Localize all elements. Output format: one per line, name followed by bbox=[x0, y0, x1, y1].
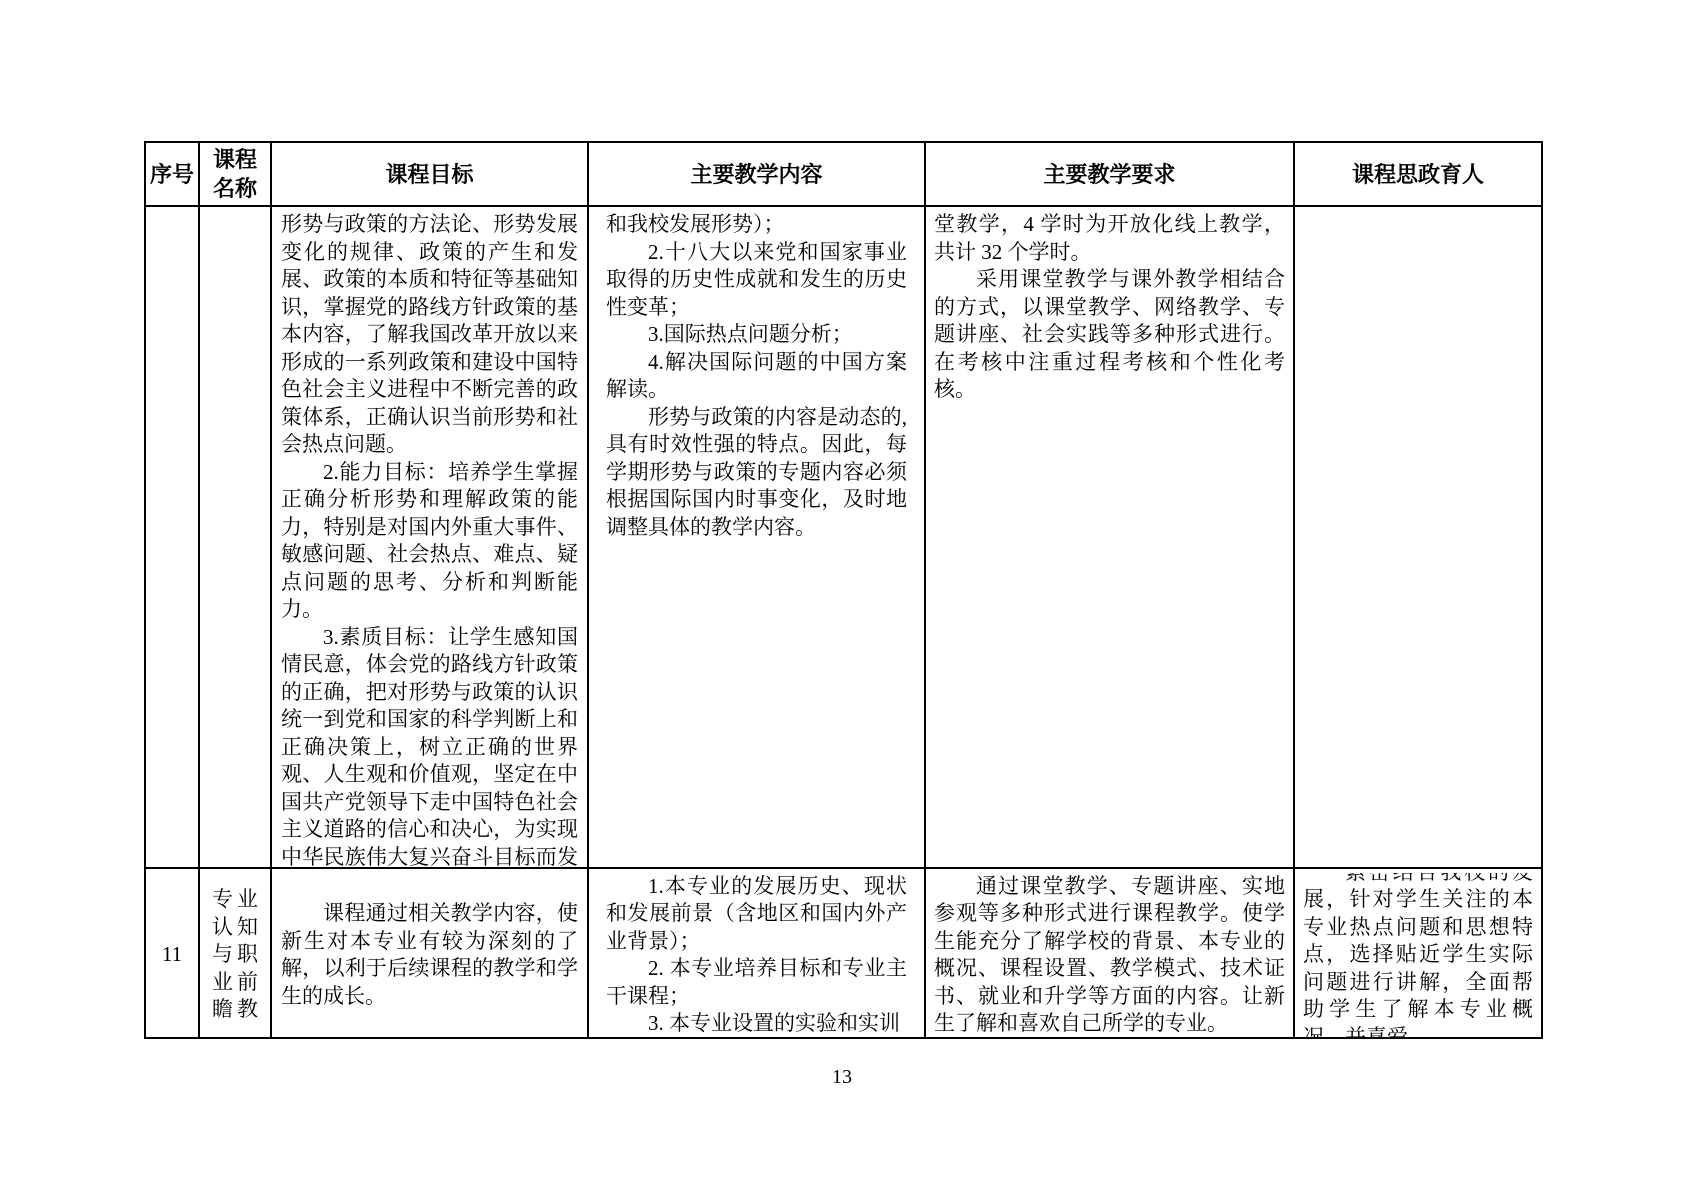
paragraph: 紧密结合我校的发展，针对学生关注的本专业热点问题和思想特点，选择贴近学生实际问题… bbox=[1303, 873, 1533, 1037]
paragraph: 3.素质目标：让学生感知国情民意，体会党的路线方针政策的正确，把对形势与政策的认… bbox=[281, 624, 578, 868]
paragraph: 2.能力目标：培养学生掌握正确分析形势和理解政策的能力，特别是对国内外重大事件、… bbox=[281, 459, 578, 624]
paragraph: 和我校发展形势）； bbox=[606, 211, 907, 239]
course-name-text: 专业认知与职业前瞻教 bbox=[212, 886, 258, 1024]
cell-content: 1.本专业的发展历史、现状和发展前景（含地区和国内外产业背景）；2. 本专业培养… bbox=[588, 868, 925, 1038]
paragraph: 形势与政策的内容是动态的,具有时效性强的特点。因此，每学期形势与政策的专题内容必… bbox=[606, 404, 907, 542]
header-row: 序号课程名称课程目标主要教学内容主要教学要求课程思政育人 bbox=[145, 142, 1542, 206]
paragraph: 3.国际热点问题分析； bbox=[606, 321, 907, 349]
column-header-goals: 课程目标 bbox=[271, 142, 588, 206]
cell-content-box bbox=[212, 211, 258, 867]
cell-ideology bbox=[1294, 206, 1542, 868]
course-table: 序号课程名称课程目标主要教学内容主要教学要求课程思政育人 形势与政策的方法论、形… bbox=[144, 141, 1543, 1039]
cell-name bbox=[199, 206, 271, 868]
cell-ideology: 紧密结合我校的发展，针对学生关注的本专业热点问题和思想特点，选择贴近学生实际问题… bbox=[1294, 868, 1542, 1038]
cell-content-box: 紧密结合我校的发展，针对学生关注的本专业热点问题和思想特点，选择贴近学生实际问题… bbox=[1303, 873, 1533, 1037]
table-row: 形势与政策的方法论、形势发展变化的规律、政策的产生和发展、政策的本质和特征等基础… bbox=[145, 206, 1542, 868]
cell-seq: 11 bbox=[145, 868, 199, 1038]
cell-seq bbox=[145, 206, 199, 868]
sequence-number-text: 11 bbox=[148, 941, 196, 969]
cell-requirements: 堂教学，4 学时为开放化线上教学，共计 32 个学时。采用课堂教学与课外教学相结… bbox=[925, 206, 1294, 868]
column-header-content: 主要教学内容 bbox=[588, 142, 925, 206]
paragraph: 通过课堂教学、专题讲座、实地参观等多种形式进行课程教学。使学生能充分了解学校的背… bbox=[934, 873, 1285, 1037]
cell-content-box: 1.本专业的发展历史、现状和发展前景（含地区和国内外产业背景）；2. 本专业培养… bbox=[606, 873, 907, 1037]
paragraph: 课程通过相关教学内容，使新生对本专业有较为深刻的了解，以利于后续课程的教学和学生… bbox=[281, 900, 578, 1010]
cell-content-box: 专业认知与职业前瞻教 bbox=[212, 873, 258, 1037]
cell-content-box bbox=[148, 211, 196, 867]
cell-content-box: 11 bbox=[148, 873, 196, 1037]
cell-content-box: 形势与政策的方法论、形势发展变化的规律、政策的产生和发展、政策的本质和特征等基础… bbox=[281, 211, 578, 867]
column-header-seq: 序号 bbox=[145, 142, 199, 206]
table-body: 形势与政策的方法论、形势发展变化的规律、政策的产生和发展、政策的本质和特征等基础… bbox=[145, 206, 1542, 1038]
page-number: 13 bbox=[0, 1066, 1684, 1089]
cell-requirements: 通过课堂教学、专题讲座、实地参观等多种形式进行课程教学。使学生能充分了解学校的背… bbox=[925, 868, 1294, 1038]
paragraph: 采用课堂教学与课外教学相结合的方式，以课堂教学、网络教学、专题讲座、社会实践等多… bbox=[934, 266, 1285, 404]
paragraph: 形势与政策的方法论、形势发展变化的规律、政策的产生和发展、政策的本质和特征等基础… bbox=[281, 211, 578, 459]
cell-content: 和我校发展形势）；2.十八大以来党和国家事业取得的历史性成就和发生的历史性变革；… bbox=[588, 206, 925, 868]
document-page: 序号课程名称课程目标主要教学内容主要教学要求课程思政育人 形势与政策的方法论、形… bbox=[0, 0, 1684, 1191]
column-header-requirements: 主要教学要求 bbox=[925, 142, 1294, 206]
cell-content-box: 堂教学，4 学时为开放化线上教学，共计 32 个学时。采用课堂教学与课外教学相结… bbox=[934, 211, 1285, 867]
cell-name: 专业认知与职业前瞻教 bbox=[199, 868, 271, 1038]
paragraph: 4.解决国际问题的中国方案解读。 bbox=[606, 349, 907, 404]
cell-content-box: 和我校发展形势）；2.十八大以来党和国家事业取得的历史性成就和发生的历史性变革；… bbox=[606, 211, 907, 867]
paragraph: 堂教学，4 学时为开放化线上教学，共计 32 个学时。 bbox=[934, 211, 1285, 266]
paragraph: 1.本专业的发展历史、现状和发展前景（含地区和国内外产业背景）； bbox=[606, 873, 907, 955]
table-row: 11专业认知与职业前瞻教课程通过相关教学内容，使新生对本专业有较为深刻的了解，以… bbox=[145, 868, 1542, 1038]
cell-goals: 形势与政策的方法论、形势发展变化的规律、政策的产生和发展、政策的本质和特征等基础… bbox=[271, 206, 588, 868]
cell-goals: 课程通过相关教学内容，使新生对本专业有较为深刻的了解，以利于后续课程的教学和学生… bbox=[271, 868, 588, 1038]
paragraph: 2. 本专业培养目标和专业主干课程； bbox=[606, 955, 907, 1010]
cell-content-box bbox=[1303, 211, 1533, 867]
paragraph: 2.十八大以来党和国家事业取得的历史性成就和发生的历史性变革； bbox=[606, 239, 907, 322]
column-header-name: 课程名称 bbox=[199, 142, 271, 206]
cell-content-box: 通过课堂教学、专题讲座、实地参观等多种形式进行课程教学。使学生能充分了解学校的背… bbox=[934, 873, 1285, 1037]
cell-content-box: 课程通过相关教学内容，使新生对本专业有较为深刻的了解，以利于后续课程的教学和学生… bbox=[281, 873, 578, 1037]
paragraph: 3. 本专业设置的实验和实训 bbox=[606, 1010, 907, 1037]
table-header: 序号课程名称课程目标主要教学内容主要教学要求课程思政育人 bbox=[145, 142, 1542, 206]
column-header-ideology: 课程思政育人 bbox=[1294, 142, 1542, 206]
